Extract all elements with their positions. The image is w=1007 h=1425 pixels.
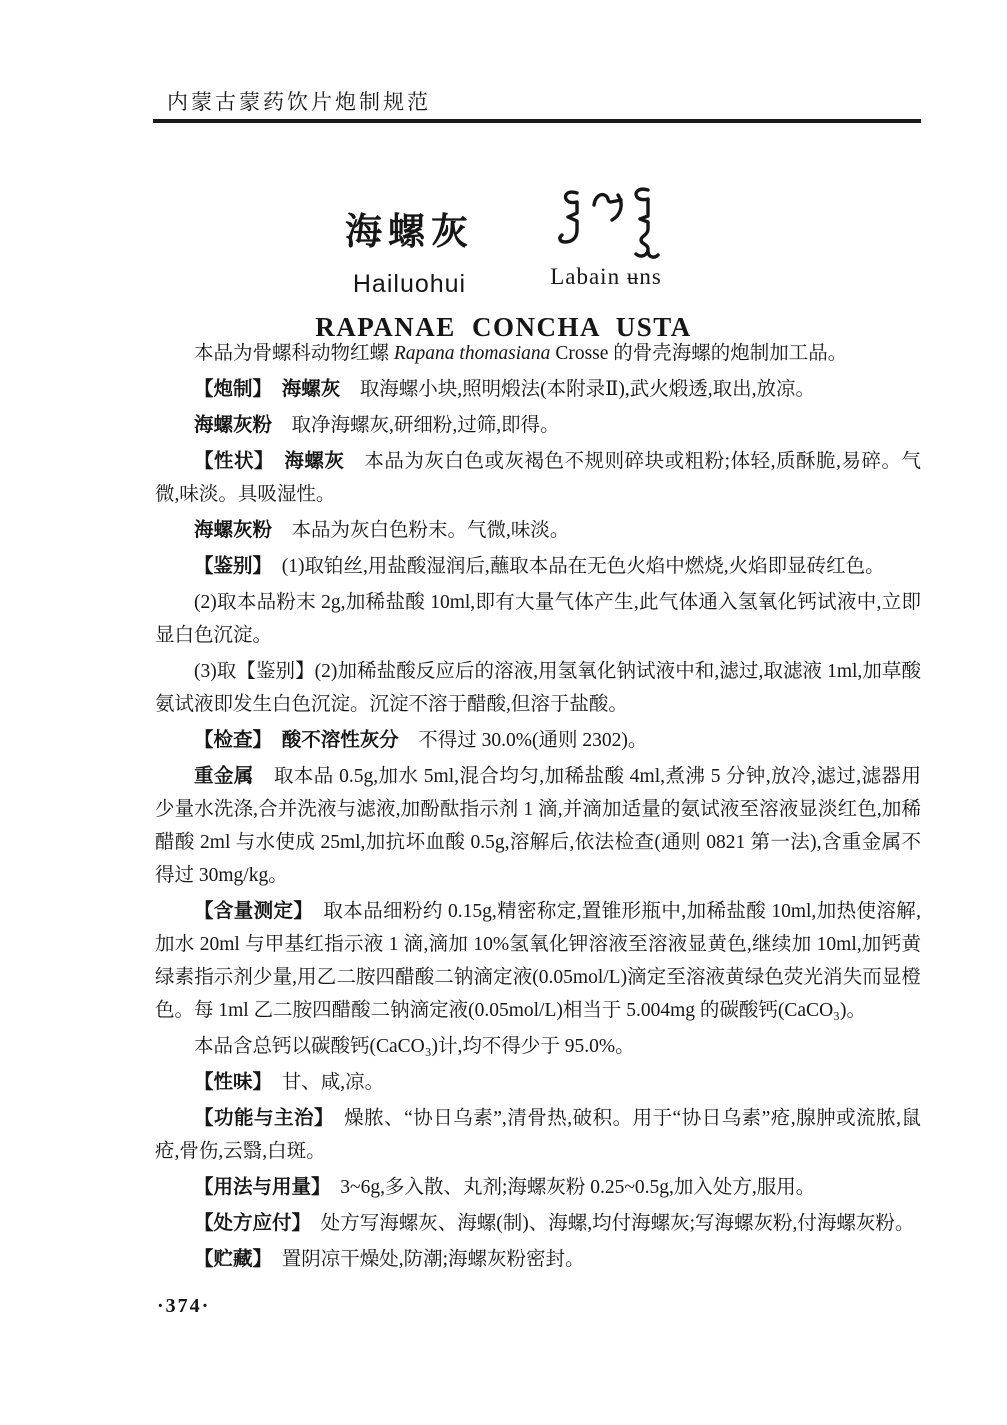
body-text: (3)取【鉴别】(2)加稀盐酸反应后的溶液,用氢氧化钠试液中和,滤过,取滤液 1… bbox=[155, 661, 921, 715]
page-title: 海螺灰 bbox=[345, 201, 474, 255]
section-label: 【炮制】 海螺灰 bbox=[194, 379, 340, 400]
paragraph: 【性味】 甘、咸,凉。 bbox=[155, 1066, 921, 1099]
body-text: 不得过 30.0%(通则 2302)。 bbox=[399, 730, 648, 751]
paragraph: 本品为骨螺科动物红螺 Rapana thomasiana Crosse 的骨壳海… bbox=[155, 337, 921, 370]
body-content: 本品为骨螺科动物红螺 Rapana thomasiana Crosse 的骨壳海… bbox=[155, 337, 921, 1279]
header-rule bbox=[153, 119, 921, 123]
paragraph: 海螺灰粉 本品为灰白色粉末。气微,味淡。 bbox=[155, 514, 921, 547]
mongolian-script-icon bbox=[550, 183, 662, 263]
paragraph: 本品含总钙以碳酸钙(CaCO₃)计,均不得少于 95.0%。 bbox=[155, 1030, 921, 1063]
section-label: 【用法与用量】 bbox=[194, 1177, 321, 1198]
paragraph: 【用法与用量】 3~6g,多入散、丸剂;海螺灰粉 0.25~0.5g,加入处方,… bbox=[155, 1171, 921, 1204]
paragraph: (2)取本品粉末 2g,加稀盐酸 10ml,即有大量气体产生,此气体通入氢氧化钙… bbox=[155, 586, 921, 652]
running-header: 内蒙古蒙药饮片炮制规范 bbox=[167, 86, 431, 116]
body-text: Rapana thomasiana bbox=[394, 343, 551, 364]
paragraph: 【处方应付】 处方写海螺灰、海螺(制)、海螺,均付海螺灰;写海螺灰粉,付海螺灰粉… bbox=[155, 1207, 921, 1240]
body-text: (1)取铂丝,用盐酸湿润后,蘸取本品在无色火焰中燃烧,火焰即显砖红色。 bbox=[262, 556, 884, 577]
body-text: 本品含总钙以碳酸钙(CaCO₃)计,均不得少于 95.0%。 bbox=[194, 1036, 635, 1057]
section-label: 【处方应付】 bbox=[194, 1213, 301, 1234]
body-text: 3~6g,多入散、丸剂;海螺灰粉 0.25~0.5g,加入处方,服用。 bbox=[321, 1177, 816, 1198]
paragraph: 【炮制】 海螺灰 取海螺小块,照明煅法(本附录Ⅱ),武火煅透,取出,放凉。 bbox=[155, 373, 921, 406]
body-text: 甘、咸,凉。 bbox=[262, 1072, 384, 1093]
body-text: 取本品 0.5g,加水 5ml,混合均匀,加稀盐酸 4ml,煮沸 5 分钟,放冷… bbox=[155, 766, 921, 886]
paragraph: 海螺灰粉 取净海螺灰,研细粉,过筛,即得。 bbox=[155, 409, 921, 442]
paragraph: 【功能与主治】 燥脓、“协日乌素”,清骨热,破积。用于“协日乌素”疮,腺肿或流脓… bbox=[155, 1102, 921, 1168]
section-label: 【含量测定】 bbox=[194, 901, 304, 922]
title-pinyin: Hailuohui bbox=[345, 270, 474, 299]
section-label: 【鉴别】 bbox=[194, 556, 262, 577]
title-mongolian-latin: Labain ʉns bbox=[550, 264, 662, 290]
body-text: 本品为灰白色粉末。气微,味淡。 bbox=[272, 520, 569, 541]
section-label: 【贮藏】 bbox=[194, 1249, 262, 1270]
body-text: 本品为骨螺科动物红螺 bbox=[194, 343, 394, 364]
document-page: 内蒙古蒙药饮片炮制规范 海螺灰 Hailuohui bbox=[0, 0, 1007, 1425]
title-column-mongolian: Labain ʉns bbox=[550, 183, 662, 290]
section-label: 【性味】 bbox=[194, 1072, 262, 1093]
section-label: 海螺灰粉 bbox=[194, 415, 272, 436]
section-label: 海螺灰粉 bbox=[194, 520, 272, 541]
paragraph: (3)取【鉴别】(2)加稀盐酸反应后的溶液,用氢氧化钠试液中和,滤过,取滤液 1… bbox=[155, 655, 921, 721]
paragraph: 【性状】 海螺灰 本品为灰白色或灰褐色不规则碎块或粗粉;体轻,质酥脆,易碎。气微… bbox=[155, 445, 921, 511]
paragraph: 【鉴别】 (1)取铂丝,用盐酸湿润后,蘸取本品在无色火焰中燃烧,火焰即显砖红色。 bbox=[155, 550, 921, 583]
paragraph: 【含量测定】 取本品细粉约 0.15g,精密称定,置锥形瓶中,加稀盐酸 10ml… bbox=[155, 895, 921, 1027]
body-text: Crosse 的骨壳海螺的炮制加工品。 bbox=[550, 343, 847, 364]
title-column-chinese: 海螺灰 Hailuohui bbox=[345, 183, 474, 299]
body-text: 置阴凉干燥处,防潮;海螺灰粉密封。 bbox=[262, 1249, 584, 1270]
body-text: 取海螺小块,照明煅法(本附录Ⅱ),武火煅透,取出,放凉。 bbox=[340, 379, 815, 400]
body-text: 处方写海螺灰、海螺(制)、海螺,均付海螺灰;写海螺灰粉,付海螺灰粉。 bbox=[301, 1213, 914, 1234]
page-number: ·374· bbox=[157, 1295, 210, 1318]
section-label: 重金属 bbox=[194, 766, 254, 787]
body-text: (2)取本品粉末 2g,加稀盐酸 10ml,即有大量气体产生,此气体通入氢氧化钙… bbox=[155, 592, 921, 646]
title-block: 海螺灰 Hailuohui Labain ʉns bbox=[0, 183, 1007, 343]
paragraph: 【贮藏】 置阴凉干燥处,防潮;海螺灰粉密封。 bbox=[155, 1243, 921, 1276]
section-label: 【功能与主治】 bbox=[194, 1108, 324, 1129]
section-label: 【检查】 酸不溶性灰分 bbox=[194, 730, 399, 751]
paragraph: 重金属 取本品 0.5g,加水 5ml,混合均匀,加稀盐酸 4ml,煮沸 5 分… bbox=[155, 760, 921, 892]
paragraph: 【检查】 酸不溶性灰分 不得过 30.0%(通则 2302)。 bbox=[155, 724, 921, 757]
section-label: 【性状】 海螺灰 bbox=[194, 451, 344, 472]
body-text: 取净海螺灰,研细粉,过筛,即得。 bbox=[272, 415, 560, 436]
